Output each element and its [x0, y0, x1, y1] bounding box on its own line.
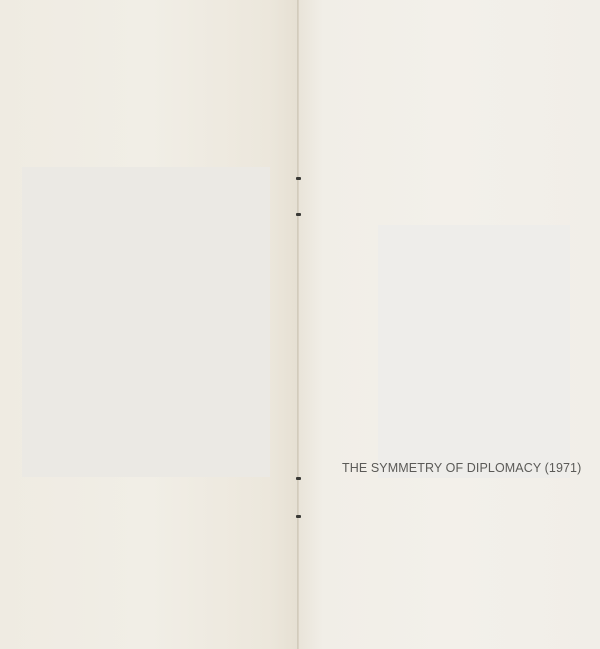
- staple-icon: [296, 177, 301, 180]
- artwork-caption: THE SYMMETRY OF DIPLOMACY (1971): [342, 461, 581, 475]
- right-plate-image: [378, 225, 570, 478]
- staple-icon: [296, 515, 301, 518]
- staple-icon: [296, 477, 301, 480]
- right-page: THE SYMMETRY OF DIPLOMACY (1971): [299, 0, 600, 649]
- spine-fold: [297, 0, 299, 649]
- booklet-spread: THE SYMMETRY OF DIPLOMACY (1971): [0, 0, 600, 649]
- left-plate-image: [22, 167, 270, 477]
- staple-icon: [296, 213, 301, 216]
- left-page: [0, 0, 298, 649]
